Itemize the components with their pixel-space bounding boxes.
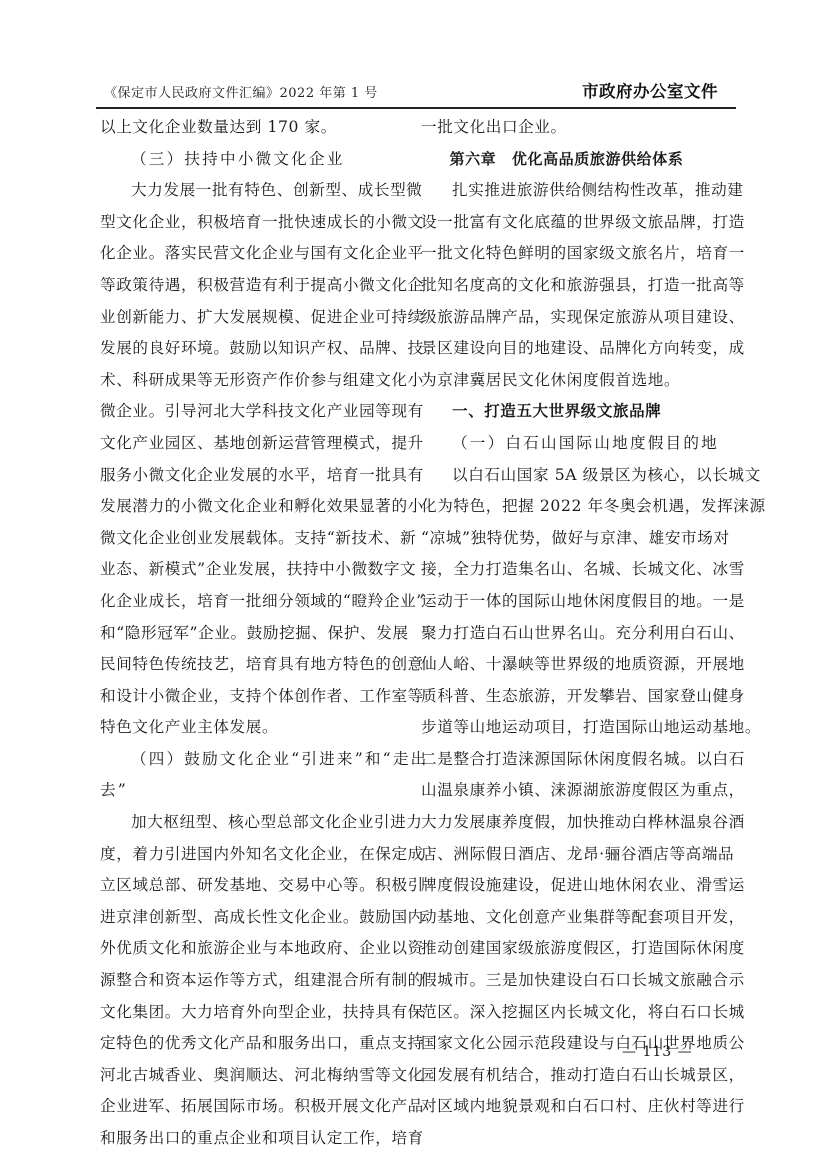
body-text-line: 山温泉康养小镇、涞源湖旅游度假区为重点， [421,775,712,807]
body-text-line: 假城市。三是加快建设白石口长城文旅融合示 [421,965,712,997]
body-text-line: 大力发展康养度假，加快推动白桦林温泉谷酒 [421,807,712,839]
body-text-line: 化为特色，把握 2022 年冬奥会机遇，发挥涞源 [421,491,712,523]
body-text-line: 文化产业园区、基地创新运营管理模式，提升 [100,428,410,460]
body-text-line: 范区。深入挖掘区内长城文化，将白石口长城 [421,997,712,1029]
body-text-line: 以上文化企业数量达到 170 家。 [100,112,410,144]
body-text-line: 园发展有机结合，推动打造白石山长城景区， [421,1060,712,1092]
body-text-line: 步道等山地运动项目，打造国际山地运动基地。 [421,712,712,744]
body-text-line: 进京津创新型、高成长性文化企业。鼓励国内 [100,902,410,934]
body-text-line: 发展潜力的小微文化企业和孵化效果显著的小 [100,491,410,523]
body-text-line: 为京津冀居民文化休闲度假首选地。 [421,365,712,397]
subsection-heading: （三）扶持中小微文化企业 [100,144,410,176]
body-text-line: 运动于一体的国际山地休闲度假目的地。一是 [421,586,712,618]
subsection-heading: （一）白石山国际山地度假目的地 [421,428,712,460]
body-text-line: 二是整合打造涞源国际休闲度假名城。以白石 [421,744,712,776]
paragraph-first-line: 扎实推进旅游供给侧结构性改革，推动建 [421,175,712,207]
body-text-line: 牌度假设施建设，促进山地休闲农业、滑雪运 [421,870,712,902]
body-text-line: 度，着力引进国内外知名文化企业，在保定成 [100,839,410,871]
body-text-line: 质科普、生态旅游，开发攀岩、国家登山健身 [421,681,712,713]
subsection-heading-continued: 去” [100,775,410,807]
body-text-line: 术、科研成果等无形资产作价参与组建文化小 [100,365,410,397]
body-text-line: 特色文化产业主体发展。 [100,712,410,744]
body-text-line: 动基地、文化创意产业集群等配套项目开发， [421,902,712,934]
body-text-line: 立区域总部、研发基地、交易中心等。积极引 [100,870,410,902]
body-text-line: 化企业。落实民营文化企业与国有文化企业平 [100,238,410,270]
body-text-line: 业态、新模式”企业发展，扶持中小微数字文 [100,554,410,586]
paragraph-first-line: 以白石山国家 5A 级景区为核心，以长城文 [421,460,712,492]
body-text-line: 和设计小微企业，支持个体创作者、工作室等 [100,681,410,713]
running-header: 《保定市人民政府文件汇编》2022 年第 1 号 市政府办公室文件 [96,76,736,109]
subsection-heading: （四）鼓励文化企业“引进来”和“走出 [100,744,410,776]
body-text-line: 等政策待遇，积极营造有利于提高小微文化企 [100,270,410,302]
body-text-line: 企业进军、拓展国际市场。积极开展文化产品 [100,1091,410,1123]
body-text-line: 型文化企业，积极培育一批快速成长的小微文 [100,207,410,239]
body-text-line: 仙人峪、十瀑峡等世界级的地质资源，开展地 [421,649,712,681]
body-text-line: 定特色的优秀文化产品和服务出口，重点支持 [100,1028,410,1060]
body-text-line: 一批文化特色鲜明的国家级文旅名片，培育一 [421,238,712,270]
body-text-line: 民间特色传统技艺，培育具有地方特色的创意 [100,649,410,681]
body-text-line: 和服务出口的重点企业和项目认定工作，培育 [100,1123,410,1155]
body-text-line: 源整合和资本运作等方式，组建混合所有制的 [100,965,410,997]
body-text-line: 服务小微文化企业发展的水平，培育一批具有 [100,460,410,492]
publication-title: 《保定市人民政府文件汇编》2022 年第 1 号 [104,82,378,101]
body-text-line: 化企业成长，培育一批细分领域的“瞪羚企业” [100,586,410,618]
body-text-line: 河北古城香业、奥润顺达、河北梅纳雪等文化 [100,1060,410,1092]
body-text-line: 接，全力打造集名山、名城、长城文化、冰雪 [421,554,712,586]
paragraph-first-line: 大力发展一批有特色、创新型、成长型微 [100,175,410,207]
section-label: 市政府办公室文件 [582,78,718,102]
chapter-heading: 第六章 优化高品质旅游供给体系 [421,144,712,176]
body-text-line: 级旅游品牌产品，实现保定旅游从项目建设、 [421,302,712,334]
body-text-line: 设一批富有文化底蕴的世界级文旅品牌，打造 [421,207,712,239]
paragraph-first-line: 加大枢纽型、核心型总部文化企业引进力 [100,807,410,839]
body-text-line: 发展的良好环境。鼓励以知识产权、品牌、技 [100,333,410,365]
body-text-line: 店、洲际假日酒店、龙昂·骊谷酒店等高端品 [421,839,712,871]
section-heading: 一、打造五大世界级文旅品牌 [421,396,712,428]
body-text-line: 批知名度高的文化和旅游强县，打造一批高等 [421,270,712,302]
left-column: 以上文化企业数量达到 170 家。（三）扶持中小微文化企业大力发展一批有特色、创… [100,112,410,1155]
page-number: — 113 — [622,1044,693,1060]
right-column: 一批文化出口企业。第六章 优化高品质旅游供给体系扎实推进旅游供给侧结构性改革，推… [421,112,712,1123]
body-text-line: 微文化企业创业发展载体。支持“新技术、新 [100,523,410,555]
body-text-line: 一批文化出口企业。 [421,112,712,144]
body-text-line: 聚力打造白石山世界名山。充分利用白石山、 [421,618,712,650]
body-text-line: 景区建设向目的地建设、品牌化方向转变，成 [421,333,712,365]
body-text-line: 和“隐形冠军”企业。鼓励挖掘、保护、发展 [100,618,410,650]
body-text-line: 外优质文化和旅游企业与本地政府、企业以资 [100,933,410,965]
body-text-line: 微企业。引导河北大学科技文化产业园等现有 [100,396,410,428]
body-text-line: “凉城”独特优势，做好与京津、雄安市场对 [421,523,712,555]
body-text-line: 推动创建国家级旅游度假区，打造国际休闲度 [421,933,712,965]
body-text-line: 业创新能力、扩大发展规模、促进企业可持续 [100,302,410,334]
body-text-line: 文化集团。大力培育外向型企业，扶持具有保 [100,997,410,1029]
body-text-line: 对区域内地貌景观和白石口村、庄伙村等进行 [421,1091,712,1123]
